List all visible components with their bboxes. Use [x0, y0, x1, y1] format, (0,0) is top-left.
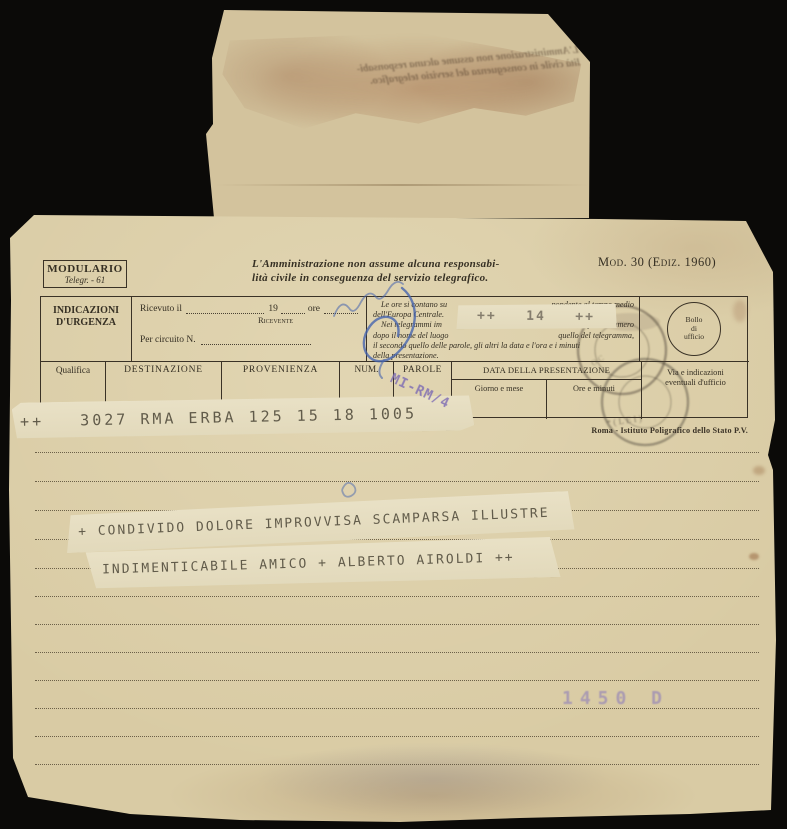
urgency-line-2: D'URGENZA [41, 317, 131, 329]
blue-pen-scribble [320, 270, 455, 385]
message-rule [35, 764, 759, 765]
message-rule [35, 736, 759, 737]
dotted-blank [186, 304, 264, 314]
stain [749, 553, 759, 560]
ricevuto-label: Ricevuto il [140, 304, 182, 314]
modulario-box: MODULARIO Telegr. - 61 [43, 260, 127, 288]
edition-label: Mod. 30 (Ediz. 1960) [598, 255, 758, 270]
message-rule [35, 624, 759, 625]
svg-text:* ( L E I ): * ( L E I ) [606, 413, 642, 428]
urgency-line-1: INDICAZIONI [41, 305, 131, 317]
dotted-blank [281, 304, 305, 314]
message-rule [35, 680, 759, 681]
flap-fold-line [215, 184, 589, 186]
stain [753, 466, 765, 475]
message-rule [35, 481, 759, 482]
control-number-handstamp: 1450 D [562, 688, 692, 709]
dotted-blank [201, 335, 311, 345]
message-rule [35, 596, 759, 597]
urgency-cell: INDICAZIONI D'URGENZA [41, 297, 131, 361]
ore-label: ore [308, 304, 320, 314]
circuito-label: Per circuito N. [140, 335, 196, 345]
year-prefix: 19 [268, 304, 278, 314]
svg-text:O C: O C [590, 353, 606, 367]
blue-ink-spot [332, 472, 372, 502]
time-strip: ++ 14 ++ [455, 302, 617, 331]
disclaimer-line-1: L'Amministrazione non assume alcuna resp… [252, 257, 562, 271]
telegram-scan: L'Amministrazione non assume alcuna resp… [0, 0, 787, 829]
modulario-label: MODULARIO [44, 263, 126, 275]
modulario-number: Telegr. - 61 [44, 275, 126, 285]
message-rule [35, 652, 759, 653]
stain [733, 300, 747, 322]
